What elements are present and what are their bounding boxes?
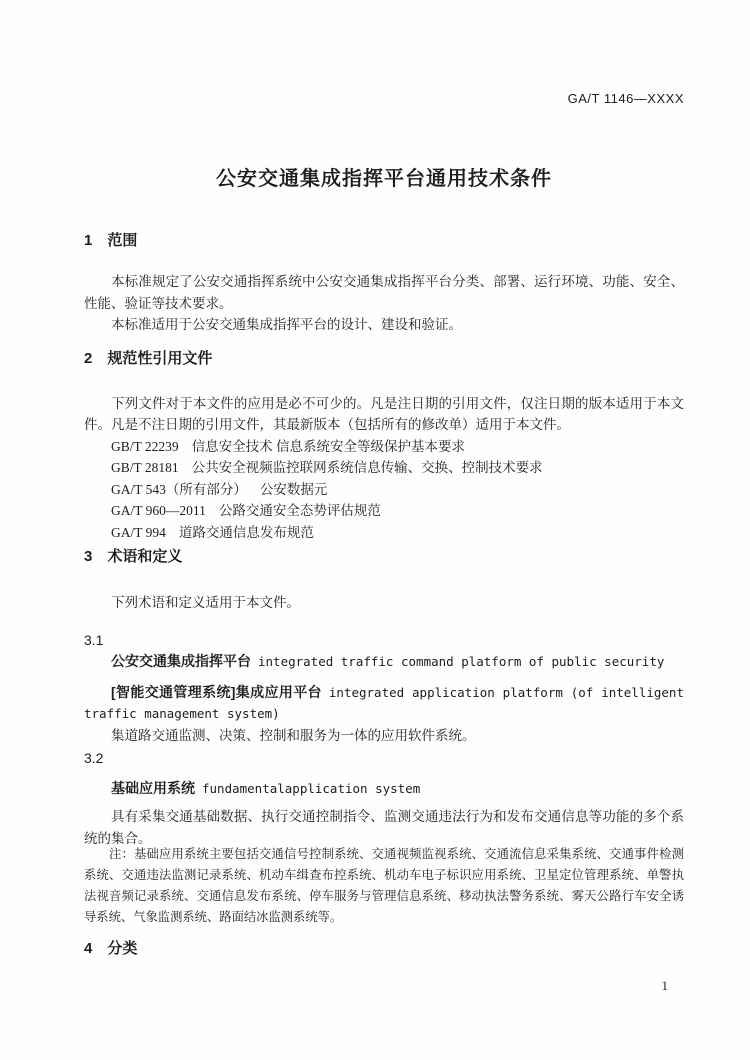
- document-title: 公安交通集成指挥平台通用技术条件: [84, 167, 684, 191]
- reference-title: 公安数据元: [260, 482, 328, 497]
- term-entry: 公安交通集成指挥平台integrated traffic command pla…: [84, 651, 684, 673]
- reference-item: GB/T 28181公共安全视频监控联网系统信息传输、交换、控制技术要求: [84, 457, 684, 479]
- note-label: 注：: [109, 847, 134, 861]
- section-number: 3: [84, 549, 92, 565]
- section-heading-references: 2规范性引用文件: [84, 351, 684, 367]
- document-code: GA/T 1146—XXXX: [84, 0, 684, 106]
- section-title: 规范性引用文件: [107, 350, 212, 367]
- note-text: 基础应用系统主要包括交通信号控制系统、交通视频监视系统、交通流信息采集系统、交通…: [84, 847, 684, 924]
- reference-code: GA/T 994: [111, 525, 166, 540]
- term-alias-chinese: [智能交通管理系统]集成应用平台: [111, 684, 322, 700]
- term-english: fundamentalapplication system: [202, 781, 420, 796]
- section-title: 术语和定义: [107, 548, 182, 565]
- document-content: GA/T 1146—XXXX 公安交通集成指挥平台通用技术条件 1范围 本标准规…: [84, 0, 684, 993]
- term-clause-number: 3.2: [84, 748, 684, 770]
- section-number: 1: [84, 233, 92, 249]
- section-heading-terms: 3术语和定义: [84, 549, 684, 565]
- section-number: 2: [84, 351, 92, 367]
- term-entry: 基础应用系统fundamentalapplication system: [84, 778, 684, 800]
- term-alias-entry: [智能交通管理系统]集成应用平台integrated application p…: [84, 682, 684, 725]
- reference-item: GA/T 543（所有部分）公安数据元: [84, 479, 684, 501]
- scope-paragraph-1: 本标准规定了公安交通指挥系统中公安交通集成指挥平台分类、部署、运行环境、功能、安…: [84, 271, 684, 314]
- term-english: integrated traffic command platform of p…: [258, 654, 664, 669]
- section-heading-classification: 4分类: [84, 941, 684, 957]
- section-title: 分类: [107, 940, 137, 957]
- term-definition: 集道路交通监测、决策、控制和服务为一体的应用软件系统。: [84, 725, 684, 747]
- term-chinese: 基础应用系统: [111, 780, 195, 796]
- scope-paragraph-2: 本标准适用于公安交通集成指挥平台的设计、建设和验证。: [84, 314, 684, 336]
- references-list: GB/T 22239信息安全技术 信息系统安全等级保护基本要求 GB/T 281…: [84, 436, 684, 544]
- reference-code: GB/T 22239: [111, 439, 179, 454]
- reference-item: GB/T 22239信息安全技术 信息系统安全等级保护基本要求: [84, 436, 684, 458]
- section-heading-scope: 1范围: [84, 233, 684, 249]
- section-title: 范围: [107, 232, 137, 249]
- reference-title: 公路交通安全态势评估规范: [219, 503, 381, 518]
- term-chinese: 公安交通集成指挥平台: [111, 653, 251, 669]
- reference-item: GA/T 994道路交通信息发布规范: [84, 522, 684, 544]
- reference-title: 公共安全视频监控联网系统信息传输、交换、控制技术要求: [192, 460, 543, 475]
- reference-title: 道路交通信息发布规范: [179, 525, 314, 540]
- reference-item: GA/T 960—2011公路交通安全态势评估规范: [84, 500, 684, 522]
- reference-code: GB/T 28181: [111, 460, 179, 475]
- term-clause-number: 3.1: [84, 630, 684, 652]
- reference-code: GA/T 543（所有部分）: [111, 482, 247, 497]
- page-number: 1: [84, 978, 684, 993]
- reference-code: GA/T 960—2011: [111, 503, 206, 518]
- term-note: 注：基础应用系统主要包括交通信号控制系统、交通视频监视系统、交通流信息采集系统、…: [84, 844, 684, 928]
- terms-intro: 下列术语和定义适用于本文件。: [84, 592, 684, 614]
- document-page: GA/T 1146—XXXX 公安交通集成指挥平台通用技术条件 1范围 本标准规…: [0, 0, 750, 1060]
- term-definition: 具有采集交通基础数据、执行交通控制指令、监测交通违法行为和发布交通信息等功能的多…: [84, 806, 684, 849]
- section-number: 4: [84, 941, 92, 957]
- reference-title: 信息安全技术 信息系统安全等级保护基本要求: [192, 439, 465, 454]
- references-intro: 下列文件对于本文件的应用是必不可少的。凡是注日期的引用文件，仅注日期的版本适用于…: [84, 393, 684, 436]
